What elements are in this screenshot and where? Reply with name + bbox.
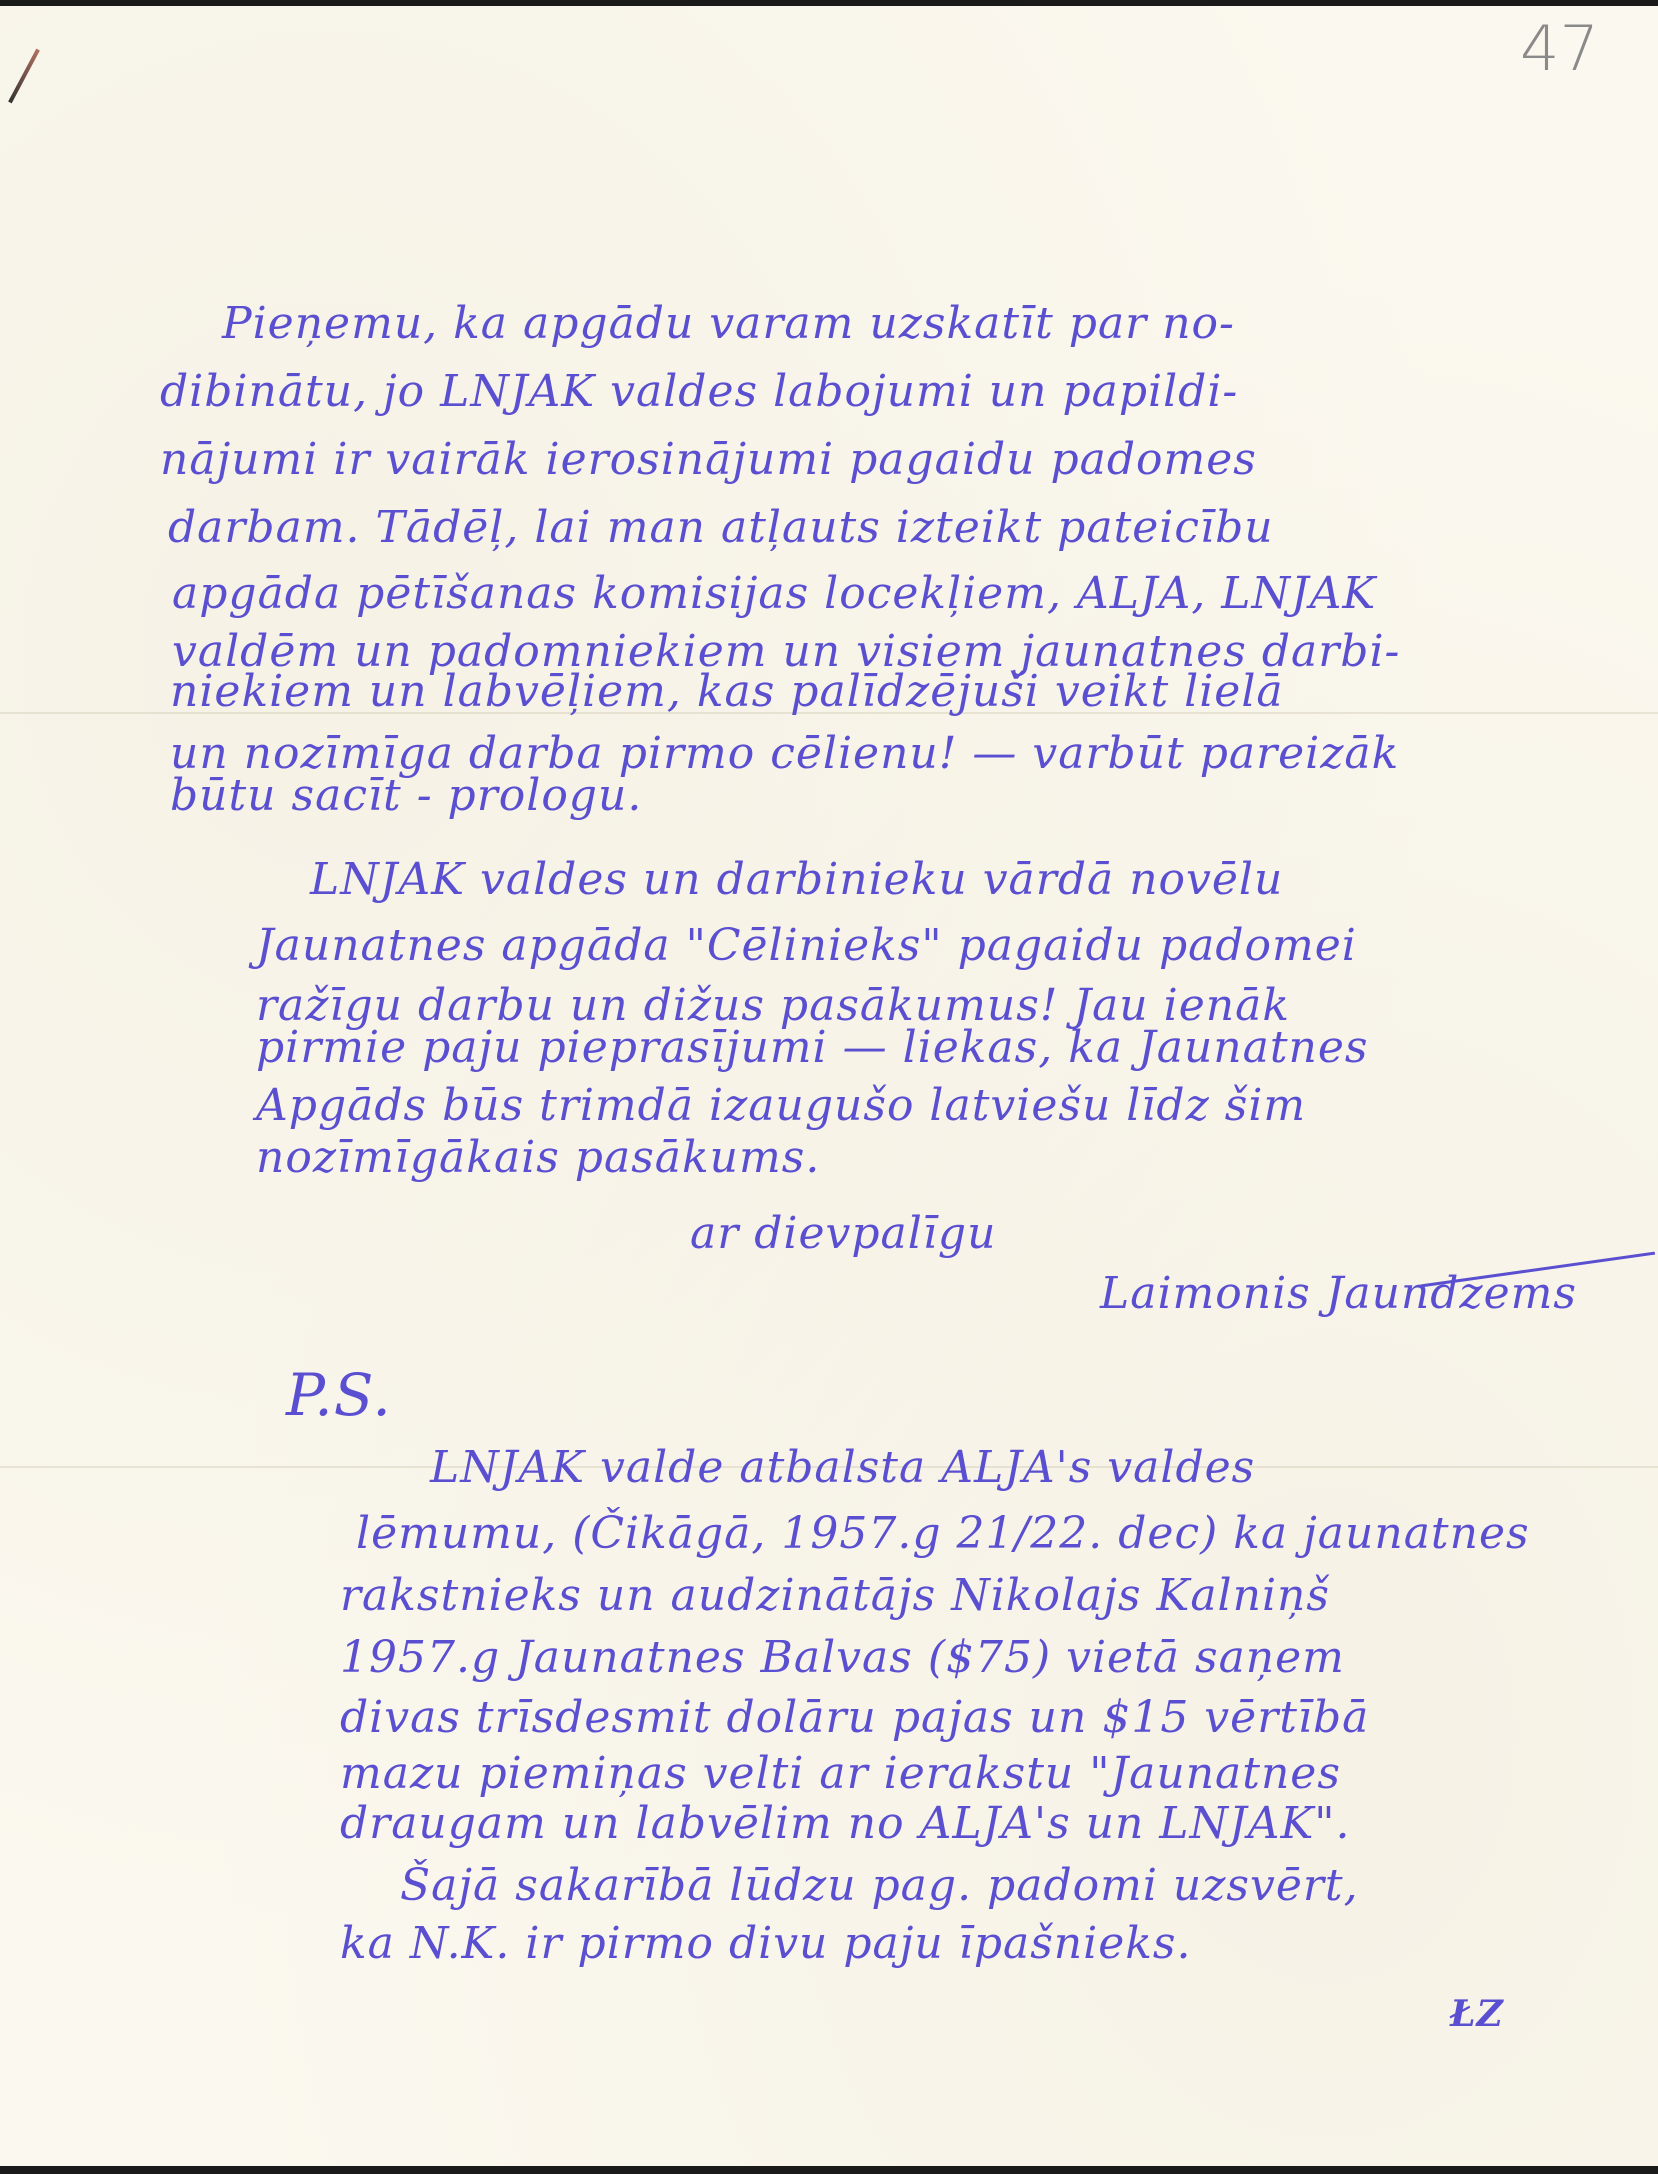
signature: Laimonis Jaundzems bbox=[1100, 1272, 1577, 1316]
staple-mark bbox=[8, 49, 40, 104]
ps-label: P.S. bbox=[286, 1366, 392, 1424]
page-number: 47 bbox=[1520, 12, 1599, 85]
p1-line: būtu sacīt - prologu. bbox=[170, 774, 642, 818]
closing: ar dievpalīgu bbox=[690, 1212, 996, 1256]
ps-line: draugam un labvēlim no ALJA's un LNJAK". bbox=[340, 1802, 1351, 1846]
ps-line: LNJAK valde atbalsta ALJA's valdes bbox=[430, 1446, 1255, 1490]
p1-line: Pieņemu, ka apgādu varam uzskatīt par no… bbox=[222, 302, 1235, 346]
ps-line: ka N.K. ir pirmo divu paju īpašnieks. bbox=[340, 1922, 1191, 1966]
p2-line: Apgāds būs trimdā izaugušo latviešu līdz… bbox=[256, 1084, 1306, 1128]
initials: ŁZ bbox=[1450, 1996, 1504, 2032]
p2-line: Jaunatnes apgāda "Cēlinieks" pagaidu pad… bbox=[256, 924, 1357, 968]
p2-line: LNJAK valdes un darbinieku vārdā novēlu bbox=[310, 858, 1283, 902]
p1-line: nājumi ir vairāk ierosinājumi pagaidu pa… bbox=[160, 438, 1257, 482]
ps-line: rakstnieks un audzinātājs Nikolajs Kalni… bbox=[340, 1574, 1330, 1618]
ps-line: divas trīsdesmit dolāru pajas un $15 vēr… bbox=[340, 1696, 1369, 1740]
p2-line: nozīmīgākais pasākums. bbox=[256, 1136, 820, 1180]
ps-line: mazu piemiņas velti ar ierakstu "Jaunatn… bbox=[340, 1752, 1341, 1796]
p1-line: niekiem un labvēļiem, kas palīdzējuši ve… bbox=[170, 670, 1284, 714]
ps-line: lēmumu, (Čikāgā, 1957.g 21/22. dec) ka j… bbox=[356, 1512, 1530, 1556]
p2-line: pirmie paju pieprasījumi — liekas, ka Ja… bbox=[256, 1026, 1369, 1070]
ps-line: Šajā sakarībā lūdzu pag. padomi uzsvērt, bbox=[400, 1864, 1359, 1908]
p1-line: dibinātu, jo LNJAK valdes labojumi un pa… bbox=[160, 370, 1238, 414]
p1-line: darbam. Tādēļ, lai man atļauts izteikt p… bbox=[168, 506, 1274, 550]
p1-line: apgāda pētīšanas komisijas locekļiem, AL… bbox=[172, 572, 1376, 616]
letter-page: 47 Pieņemu, ka apgādu varam uzskatīt par… bbox=[0, 6, 1658, 2166]
ps-line: 1957.g Jaunatnes Balvas ($75) vietā saņe… bbox=[340, 1636, 1345, 1680]
